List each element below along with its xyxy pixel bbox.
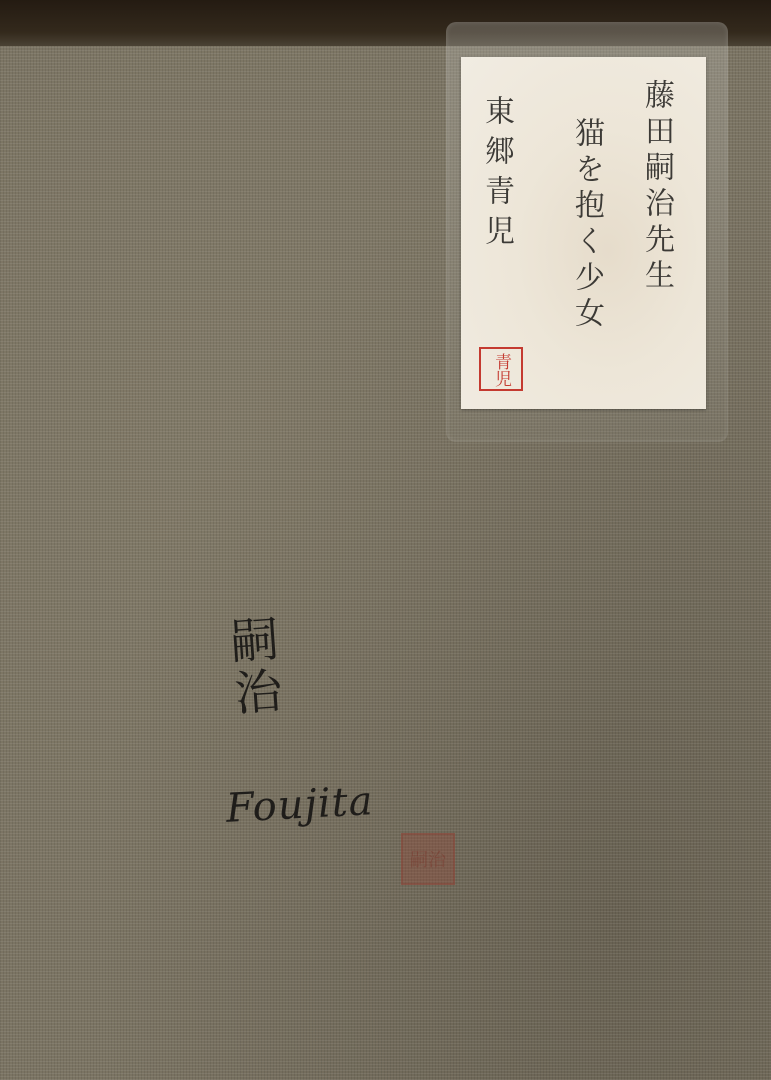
label-line-title: 猫を抱く少女 (571, 117, 601, 333)
faded-seal-stamp: 嗣治 (401, 833, 455, 885)
label-line-author: 東郷青児 (481, 95, 511, 255)
label-line-recipient: 藤田嗣治先生 (641, 79, 671, 295)
canvas-back-photo: 藤田嗣治先生 猫を抱く少女 東郷青児 青児 嗣治 Foujita 嗣治 (0, 0, 771, 1080)
handwritten-label: 藤田嗣治先生 猫を抱く少女 東郷青児 青児 (461, 57, 706, 409)
signature-kanji: 嗣治 (224, 613, 279, 720)
faded-seal-text: 嗣治 (403, 835, 453, 883)
red-seal-stamp: 青児 (479, 347, 523, 391)
signature-latin: Foujita (225, 778, 375, 832)
